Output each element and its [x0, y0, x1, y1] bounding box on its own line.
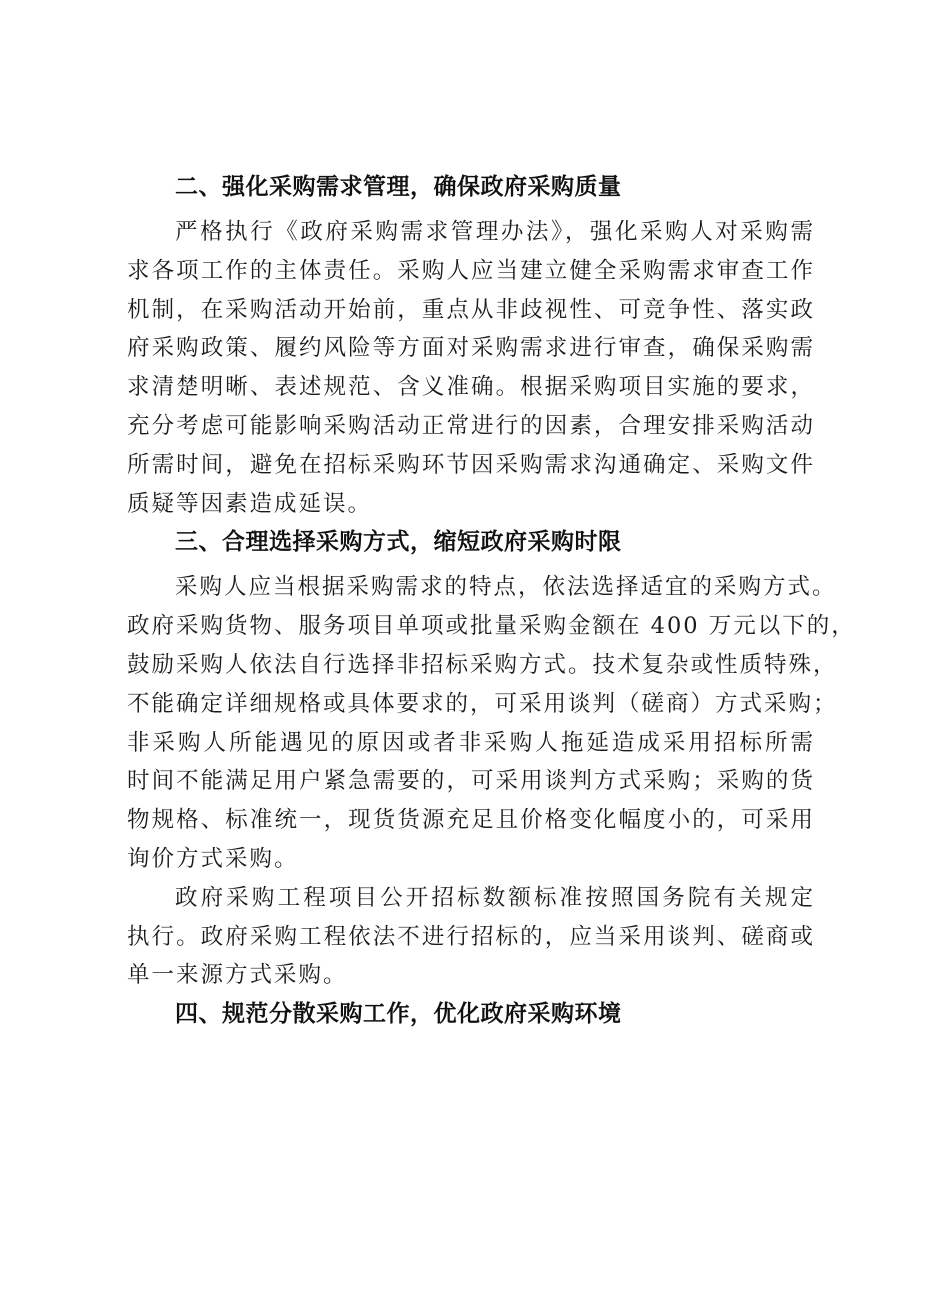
text-line: 府采购政策、履约风险等方面对采购需求进行审查，确保采购需: [127, 329, 815, 368]
text-line: 时间不能满足用户紧急需要的，可采用谈判方式采购；采购的货: [127, 762, 815, 801]
document-page: 二、强化采购需求管理，确保政府采购质量 严格执行《政府采购需求管理办法》，强化采…: [127, 168, 815, 1040]
paragraph: 采购人应当根据采购需求的特点，依法选择适宜的采购方式。 政府采购货物、服务项目单…: [127, 568, 815, 878]
text-line: 机制，在采购活动开始前，重点从非歧视性、可竞争性、落实政: [127, 291, 815, 330]
text-line: 质疑等因素造成延误。: [127, 485, 815, 524]
text-line: 单一来源方式采购。: [127, 956, 815, 995]
text-line: 物规格、标准统一，现货货源充足且价格变化幅度小的，可采用: [127, 801, 815, 840]
text-line: 询价方式采购。: [127, 840, 815, 879]
paragraph: 政府采购工程项目公开招标数额标准按照国务院有关规定 执行。政府采购工程依法不进行…: [127, 879, 815, 995]
text-line: 政府采购工程项目公开招标数额标准按照国务院有关规定: [127, 879, 815, 918]
text-line: 严格执行《政府采购需求管理办法》，强化采购人对采购需: [127, 213, 815, 252]
text-line: 求各项工作的主体责任。采购人应当建立健全采购需求审查工作: [127, 252, 815, 291]
section-heading-4: 四、规范分散采购工作，优化政府采购环境: [127, 995, 815, 1034]
text-line: 鼓励采购人依法自行选择非招标采购方式。技术复杂或性质特殊，: [127, 646, 815, 685]
text-line: 所需时间，避免在招标采购环节因采购需求沟通确定、采购文件: [127, 446, 815, 485]
text-line: 执行。政府采购工程依法不进行招标的，应当采用谈判、磋商或: [127, 918, 815, 957]
text-line: 充分考虑可能影响采购活动正常进行的因素，合理安排采购活动: [127, 407, 815, 446]
section-heading-2: 二、强化采购需求管理，确保政府采购质量: [127, 168, 815, 207]
text-line: 采购人应当根据采购需求的特点，依法选择适宜的采购方式。: [127, 568, 815, 607]
paragraph: 严格执行《政府采购需求管理办法》，强化采购人对采购需 求各项工作的主体责任。采购…: [127, 213, 815, 523]
section-heading-3: 三、合理选择采购方式，缩短政府采购时限: [127, 523, 815, 562]
text-line: 不能确定详细规格或具体要求的，可采用谈判（磋商）方式采购；: [127, 685, 815, 724]
text-line: 求清楚明晰、表述规范、含义准确。根据采购项目实施的要求，: [127, 368, 815, 407]
text-line: 政府采购货物、服务项目单项或批量采购金额在 400 万元以下的，: [127, 607, 815, 646]
text-line: 非采购人所能遇见的原因或者非采购人拖延造成采用招标所需: [127, 724, 815, 763]
